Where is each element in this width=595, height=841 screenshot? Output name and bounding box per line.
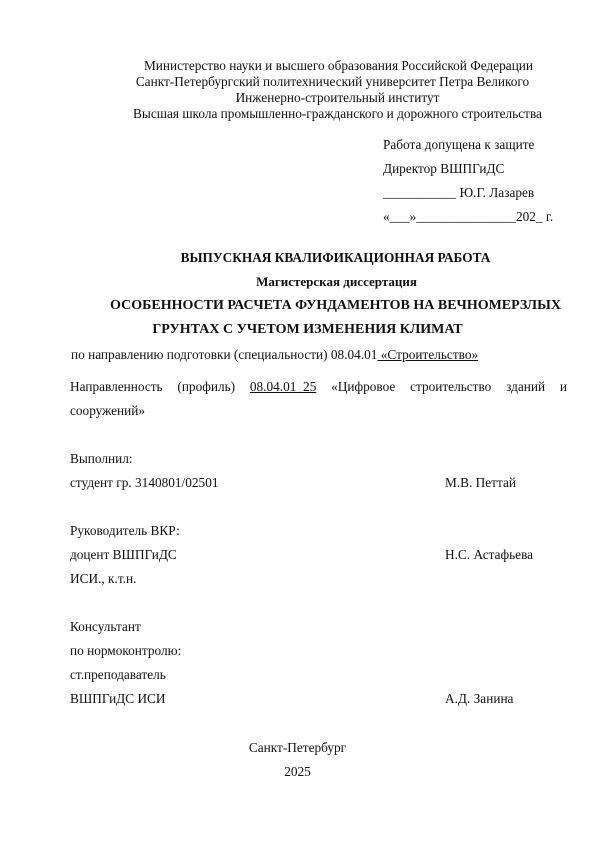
profile-line-1: Направленность (профиль) 08.04.01_25 «Ци… bbox=[70, 379, 567, 395]
profile-line-2: сооружений» bbox=[70, 403, 145, 419]
profile-word: (профиль) bbox=[177, 379, 235, 395]
profile-word: Направленность bbox=[70, 379, 163, 395]
profile-word: «Цифровое bbox=[331, 379, 395, 395]
profile-word: строительство bbox=[410, 379, 491, 395]
work-type-heading: ВЫПУСКНАЯ КВАЛИФИКАЦИОННАЯ РАБОТА bbox=[38, 250, 595, 266]
consultant-label-line-2: по нормоконтролю: bbox=[70, 643, 181, 659]
approval-admitted: Работа допущена к защите bbox=[383, 137, 534, 153]
direction-name: «Строительство» bbox=[377, 347, 478, 362]
consultant-name: А.Д. Занина bbox=[445, 691, 513, 707]
ministry-line: Министерство науки и высшего образования… bbox=[41, 58, 595, 74]
consultant-position-line-2: ВШПГиДС ИСИ bbox=[70, 691, 166, 707]
consultant-position-line-1: ст.преподаватель bbox=[70, 667, 166, 683]
approval-date: «___»_______________202_ г. bbox=[383, 209, 553, 225]
student-name: М.В. Петтай bbox=[445, 475, 516, 491]
year: 2025 bbox=[0, 764, 595, 780]
document-page: Министерство науки и высшего образования… bbox=[0, 0, 595, 841]
profile-code: 08.04.01_25 bbox=[250, 379, 316, 395]
city: Санкт-Петербург bbox=[0, 740, 595, 756]
school-line: Высшая школа промышленно-гражданского и … bbox=[40, 106, 595, 122]
consultant-label-line-1: Консультант bbox=[70, 619, 141, 635]
university-line: Санкт-Петербургский политехнический унив… bbox=[35, 74, 595, 90]
supervisor-name: Н.С. Астафьева bbox=[445, 547, 533, 563]
student-position: студент гр. 3140801/02501 bbox=[70, 475, 219, 491]
direction-line: по направлению подготовки (специальности… bbox=[71, 347, 478, 363]
profile-word: зданий bbox=[506, 379, 545, 395]
approval-director: Директор ВШПГиДС bbox=[383, 161, 504, 177]
profile-word: и bbox=[560, 379, 567, 395]
supervisor-label: Руководитель ВКР: bbox=[70, 523, 180, 539]
direction-prefix: по направлению подготовки (специальности… bbox=[71, 347, 377, 362]
supervisor-position-line-2: ИСИ., к.т.н. bbox=[70, 571, 136, 587]
topic-title-line-2: ГРУНТАХ С УЧЕТОМ ИЗМЕНЕНИЯ КЛИМАТ bbox=[10, 322, 595, 338]
topic-title-line-1: ОСОБЕННОСТИ РАСЧЕТА ФУНДАМЕНТОВ НА ВЕЧНО… bbox=[38, 298, 595, 314]
approval-signature: ___________ Ю.Г. Лазарев bbox=[383, 185, 534, 201]
work-subtype-heading: Магистерская диссертация bbox=[39, 274, 595, 290]
institute-line: Инженерно-строительный институт bbox=[40, 90, 595, 106]
student-label: Выполнил: bbox=[70, 451, 133, 467]
supervisor-position-line-1: доцент ВШПГиДС bbox=[70, 547, 177, 563]
